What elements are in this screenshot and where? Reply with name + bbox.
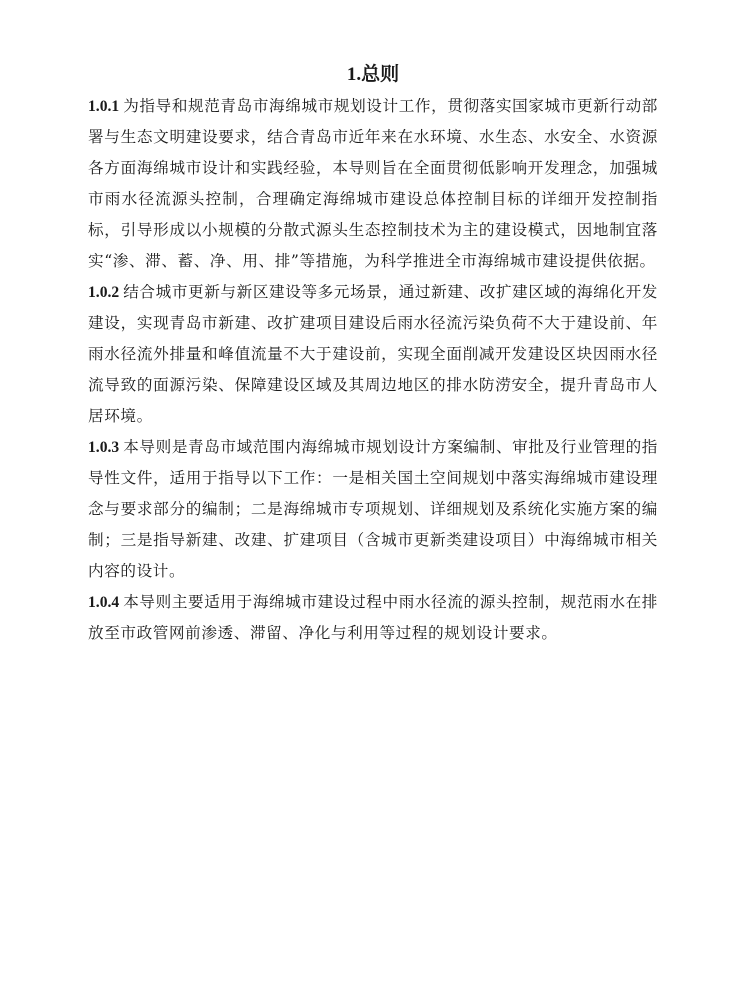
clause-1-0-3: 1.0.3本导则是青岛市域范围内海绵城市规划设计方案编制、审批及行业管理的指导性…	[88, 432, 658, 587]
clause-text: 本导则主要适用于海绵城市建设过程中雨水径流的源头控制，规范雨水在排放至市政管网前…	[88, 593, 658, 642]
clause-text: 结合城市更新与新区建设等多元场景，通过新建、改扩建区域的海绵化开发建设，实现青岛…	[88, 283, 658, 425]
clause-text: 本导则是青岛市域范围内海绵城市规划设计方案编制、审批及行业管理的指导性文件，适用…	[88, 438, 658, 580]
document-page: 1.总则 1.0.1为指导和规范青岛市海绵城市规划设计工作，贯彻落实国家城市更新…	[88, 60, 658, 649]
clause-1-0-2: 1.0.2结合城市更新与新区建设等多元场景，通过新建、改扩建区域的海绵化开发建设…	[88, 277, 658, 432]
clause-number: 1.0.1	[88, 98, 119, 115]
clause-1-0-1: 1.0.1为指导和规范青岛市海绵城市规划设计工作，贯彻落实国家城市更新行动部署与…	[88, 91, 658, 277]
section-title: 1.总则	[88, 60, 658, 90]
clause-number: 1.0.2	[88, 284, 119, 301]
clause-number: 1.0.3	[88, 439, 119, 456]
clause-1-0-4: 1.0.4本导则主要适用于海绵城市建设过程中雨水径流的源头控制，规范雨水在排放至…	[88, 587, 658, 649]
clause-number: 1.0.4	[88, 594, 119, 611]
clause-text: 为指导和规范青岛市海绵城市规划设计工作，贯彻落实国家城市更新行动部署与生态文明建…	[88, 97, 658, 270]
